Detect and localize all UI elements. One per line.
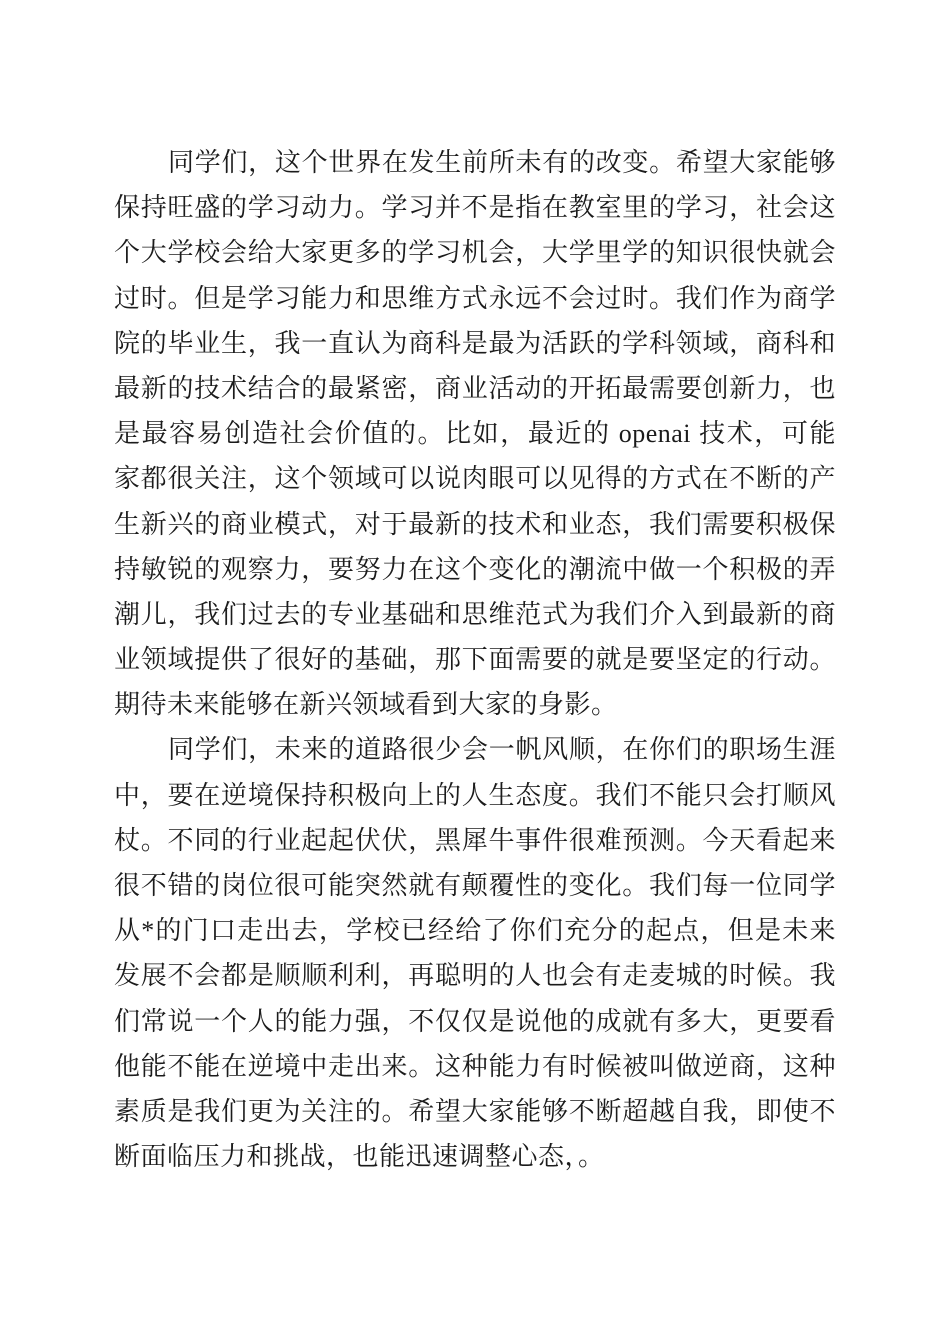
text-line: 们常说一个人的能力强，不仅仅是说他的成就有多大，更要看 <box>114 999 836 1044</box>
text-line: 个大学校会给大家更多的学习机会，大学里学的知识很快就会 <box>114 230 836 275</box>
text-line: 断面临压力和挑战，也能迅速调整心态，。 <box>114 1134 836 1179</box>
text-line: 从*的门口走出去，学校已经给了你们充分的起点，但是未来的 <box>114 908 836 953</box>
text-line: 持敏锐的观察力，要努力在这个变化的潮流中做一个积极的弄 <box>114 547 836 592</box>
text-line: 保持旺盛的学习动力。学习并不是指在教室里的学习，社会这 <box>114 185 836 230</box>
text-line: 同学们，这个世界在发生前所未有的改变。希望大家能够 <box>114 140 836 185</box>
paragraph-2: 同学们，未来的道路很少会一帆风顺，在你们的职场生涯 中，要在逆境保持积极向上的人… <box>114 727 836 1179</box>
text-line: 是最容易创造社会价值的。比如，最近的 openai 技术，可能大 <box>114 411 836 456</box>
paragraph-1: 同学们，这个世界在发生前所未有的改变。希望大家能够 保持旺盛的学习动力。学习并不… <box>114 140 836 727</box>
text-line: 杖。不同的行业起起伏伏，黑犀牛事件很难预测。今天看起来 <box>114 818 836 863</box>
text-line: 发展不会都是顺顺利利，再聪明的人也会有走麦城的时候。我 <box>114 953 836 998</box>
document-page: 同学们，这个世界在发生前所未有的改变。希望大家能够 保持旺盛的学习动力。学习并不… <box>0 0 950 1344</box>
text-line: 同学们，未来的道路很少会一帆风顺，在你们的职场生涯 <box>114 727 836 772</box>
text-line: 家都很关注，这个领域可以说肉眼可以见得的方式在不断的产 <box>114 456 836 501</box>
text-line: 业领域提供了很好的基础，那下面需要的就是要坚定的行动。 <box>114 637 836 682</box>
text-line: 很不错的岗位很可能突然就有颠覆性的变化。我们每一位同学 <box>114 863 836 908</box>
text-line: 他能不能在逆境中走出来。这种能力有时候被叫做逆商，这种 <box>114 1044 836 1089</box>
document-body: 同学们，这个世界在发生前所未有的改变。希望大家能够 保持旺盛的学习动力。学习并不… <box>114 140 836 1179</box>
text-line: 最新的技术结合的最紧密，商业活动的开拓最需要创新力，也 <box>114 366 836 411</box>
text-line: 期待未来能够在新兴领域看到大家的身影。 <box>114 682 836 727</box>
text-line: 潮儿，我们过去的专业基础和思维范式为我们介入到最新的商 <box>114 592 836 637</box>
text-line: 院的毕业生，我一直认为商科是最为活跃的学科领域，商科和 <box>114 321 836 366</box>
text-line: 素质是我们更为关注的。希望大家能够不断超越自我，即使不 <box>114 1089 836 1134</box>
text-line: 生新兴的商业模式，对于最新的技术和业态，我们需要积极保 <box>114 502 836 547</box>
text-line: 过时。但是学习能力和思维方式永远不会过时。我们作为商学 <box>114 276 836 321</box>
text-line: 中，要在逆境保持积极向上的人生态度。我们不能只会打顺风 <box>114 773 836 818</box>
